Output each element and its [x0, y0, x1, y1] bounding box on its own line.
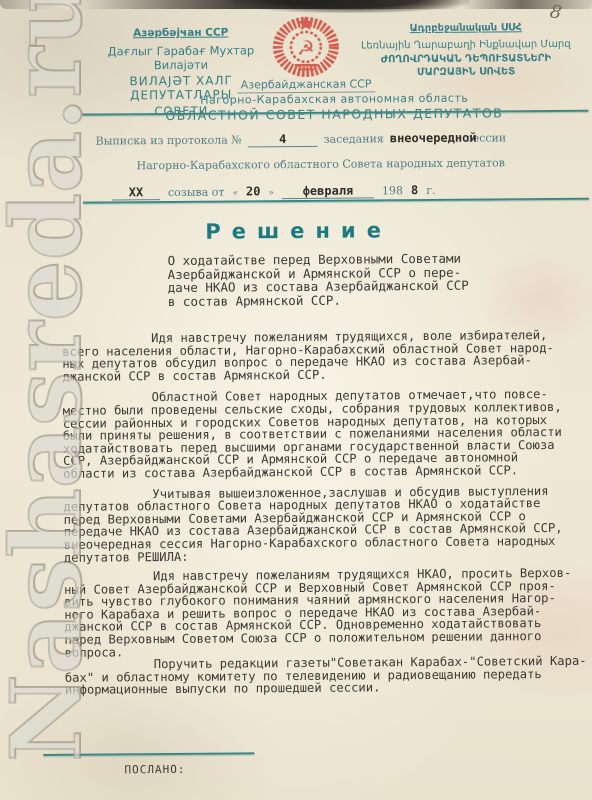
month-typed: февраля	[303, 184, 354, 198]
paragraph-4: Идя навстречу пожеланиям трудящихся НКАО…	[64, 567, 591, 659]
letterhead-az-oblast: Дағлыг Гарабағ Мухтар Вилајәти	[84, 43, 278, 73]
sent-label: ПОСЛАНО:	[124, 763, 185, 776]
printed-g: г.	[426, 184, 435, 197]
scanned-document: 8 Азәрбәјҹан ССР Дағлыг Гарабағ Мухтар В…	[0, 0, 592, 800]
protocol-line-2: Нагорно-Карабахского областного Совета н…	[96, 156, 546, 173]
letterhead-republic-ru: Азербайджанская ССР	[188, 77, 424, 92]
decision-body: Идя навстречу пожеланиям трудящихся, вол…	[62, 329, 591, 697]
paragraph-2: Областной Совет народных депутатов отмеч…	[63, 388, 590, 480]
protocol-line-3: XX созыва от « 20 » февраля 198 8 г.	[112, 183, 436, 201]
quote-close: »	[268, 188, 274, 198]
printed-year: 198	[382, 184, 403, 197]
paragraph-1: Идя навстречу пожеланиям трудящихся, вол…	[62, 329, 588, 384]
protocol-prefix: Выписка из протокола №	[96, 133, 242, 147]
letterhead-az-republic: Азәрбәјҹан ССР	[84, 26, 278, 40]
quote-open: «	[232, 188, 238, 198]
paragraph-5: Поручить редакции газеты"Советакан Караб…	[65, 655, 591, 697]
year-digit-typed: 8	[411, 183, 418, 197]
convocation-typed: XX	[129, 185, 144, 199]
document-content: Азәрбәјҹан ССР Дағлыг Гарабағ Мухтар Вил…	[0, 0, 592, 800]
printed-sozyva: созыва от	[168, 186, 225, 199]
letterhead-center-ru: Нагорно-Карабахская автономная область О…	[88, 91, 580, 124]
letterhead-am-republic: Ադրբեջանական ՍՍՀ	[350, 22, 582, 35]
session-type-typed: внеочередной	[390, 131, 477, 146]
protocol-number: 4	[279, 132, 286, 146]
letterhead-am-oblast: Լեռնային Ղարաբաղի Ինքնավար Մարզ	[350, 39, 582, 52]
paragraph-3: Учитывая вышеизложенное,заслушав и обсуд…	[63, 484, 590, 564]
protocol-line-1: Выписка из протокола № 4 заседания внеоч…	[96, 130, 507, 148]
state-emblem-stamp-icon: ☭	[270, 14, 343, 79]
footer-rule	[43, 752, 254, 756]
decision-title: Решение	[205, 218, 392, 243]
letterhead-am-council-1: ԺՈՂՈՎՐԴԱԿԱՆ ԴԵՊՈՒՏԱՏՆԵՐԻ	[350, 53, 582, 66]
republic-name: Азербайджанская ССР	[237, 77, 376, 93]
day-typed: 20	[246, 184, 261, 198]
letterhead-armenian: Ադրբեջանական ՍՍՀ Լեռնային Ղարաբաղի Ինքնա…	[350, 22, 582, 79]
svg-text:☭: ☭	[297, 36, 315, 60]
protocol-middle: заседания	[324, 132, 384, 145]
decision-subject: О ходатайстве перед Верховными Советами …	[167, 251, 519, 308]
